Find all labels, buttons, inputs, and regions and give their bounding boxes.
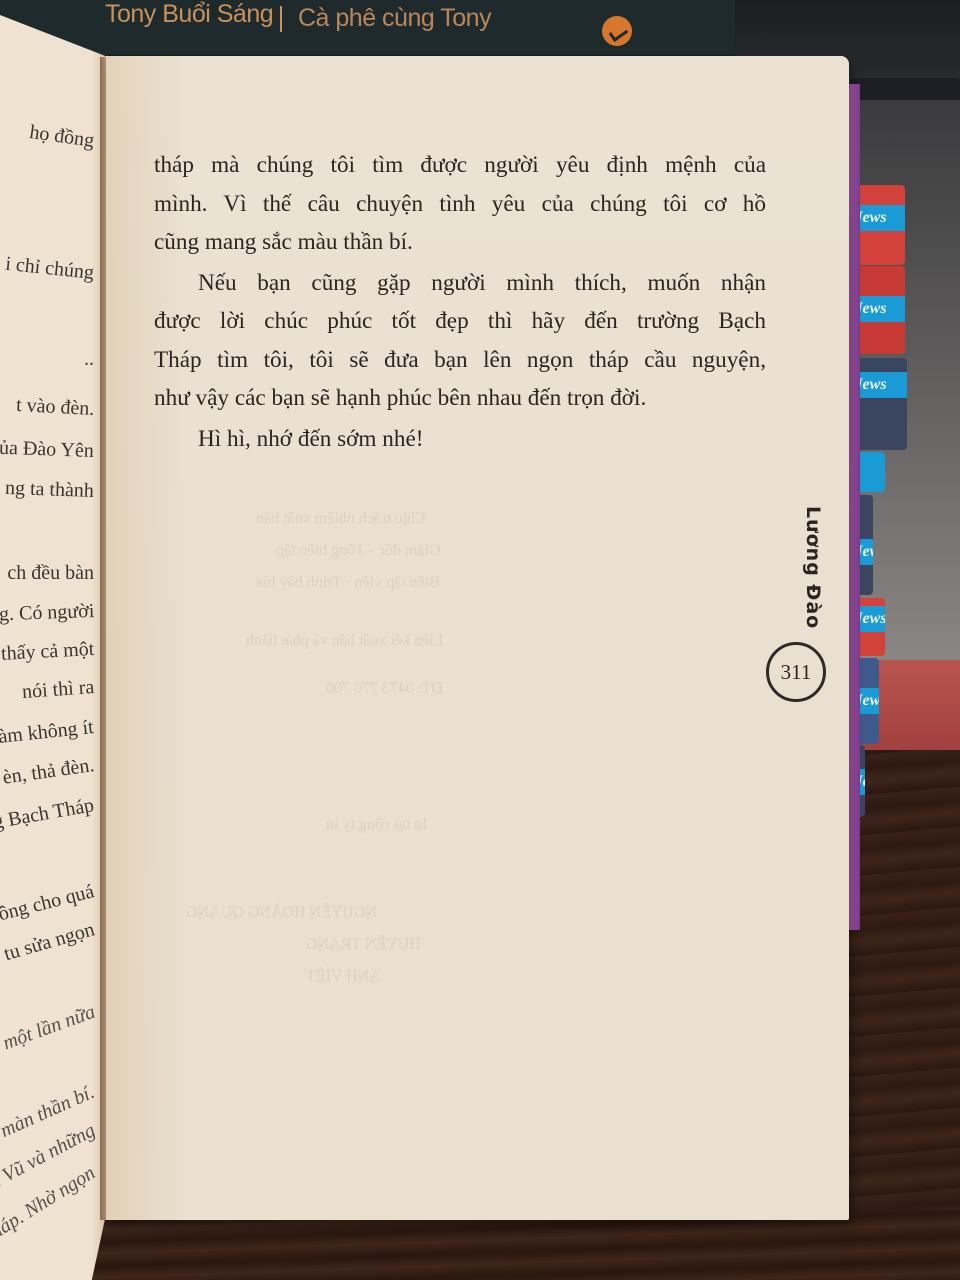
- text-line: Nếu bạn cũng gặp người mình thích, muốn …: [154, 264, 766, 303]
- cover-title: Cà phê cùng Tony: [298, 4, 491, 33]
- text-line: như vậy các bạn sẽ hạnh phúc bên nhau đế…: [154, 379, 766, 418]
- text-line: được lời chúc phúc tốt đẹp thì hãy đến t…: [154, 302, 766, 341]
- left-page-line: ông cho quá: [0, 880, 97, 926]
- paragraph-1: tháp mà chúng tôi tìm được người yêu địn…: [154, 146, 766, 262]
- paragraph-3: Hì hì, nhớ đến sớm nhé!: [154, 420, 766, 459]
- left-page-line: ủa Đào Yên: [0, 437, 94, 463]
- page-number-badge: 311: [766, 642, 826, 702]
- left-page-line: ..: [84, 348, 94, 371]
- show-through-text: Liên kết xuất bản và phát hành: [246, 632, 443, 650]
- left-page-line: ch đều bàn: [7, 562, 94, 585]
- show-through-text: NGUYỄN HOÀNG QUANG: [186, 904, 377, 922]
- left-page-line: họ đồng: [28, 121, 96, 153]
- left-page-line: thấy cả một: [0, 638, 94, 666]
- wooden-table-edge: [0, 1210, 960, 1280]
- left-page-line: g. Có người: [0, 600, 94, 626]
- text-line: cũng mang sắc màu thần bí.: [154, 223, 766, 262]
- left-page-line: i chỉ chúng: [4, 253, 95, 285]
- left-page: họ đồngi chỉ chúng..t vào đèn.ủa Đào Yên…: [0, 15, 108, 1280]
- show-through-text: Chịu trách nhiệm xuất bản: [256, 510, 426, 528]
- show-through-text: Biên tập viên · Trình bày bìa: [256, 574, 440, 592]
- left-page-line: , một lần nữa: [0, 1001, 98, 1059]
- page-edge: [848, 84, 860, 930]
- left-page-line: g Bạch Tháp: [0, 794, 96, 834]
- left-page-line: àm không ít: [0, 716, 95, 749]
- show-through-text: ANH VIỆT: [306, 968, 381, 986]
- publisher-logo-icon: [602, 16, 632, 46]
- cover-author: Tony Buổi Sáng: [105, 0, 273, 29]
- page-body-text: tháp mà chúng tôi tìm được người yêu địn…: [154, 146, 766, 458]
- left-page-line: t vào đèn.: [15, 394, 94, 421]
- paragraph-2: Nếu bạn cũng gặp người mình thích, muốn …: [154, 264, 766, 418]
- side-author-label: Lương Đào: [794, 506, 824, 629]
- show-through-text: In tại công ty in: [326, 816, 427, 834]
- book-cover-strip: Tony Buổi Sáng Cà phê cùng Tony: [0, 0, 735, 57]
- text-line: tháp mà chúng tôi tìm được người yêu địn…: [154, 146, 766, 185]
- text-line: Hì hì, nhớ đến sớm nhé!: [154, 420, 766, 459]
- show-through-text: HUYỀN TRANG: [306, 936, 421, 954]
- show-through-text: ĐT: 0473 770 700: [326, 680, 443, 698]
- text-line: mình. Vì thế câu chuyện tình yêu của chú…: [154, 185, 766, 224]
- left-page-line: nói thì ra: [21, 676, 95, 704]
- show-through-text: Giám đốc - Tổng biên tập: [276, 542, 441, 560]
- left-page-line: èn, thả đèn.: [1, 754, 95, 790]
- right-page: Chịu trách nhiệm xuất bản Giám đốc - Tổn…: [106, 56, 849, 1220]
- text-line: Tháp tìm tôi, tôi sẽ đưa bạn lên ngọn th…: [154, 341, 766, 380]
- left-page-line: ng ta thành: [5, 477, 95, 503]
- cover-separator: [280, 6, 282, 32]
- left-page-line: tu sửa ngọn: [1, 918, 97, 966]
